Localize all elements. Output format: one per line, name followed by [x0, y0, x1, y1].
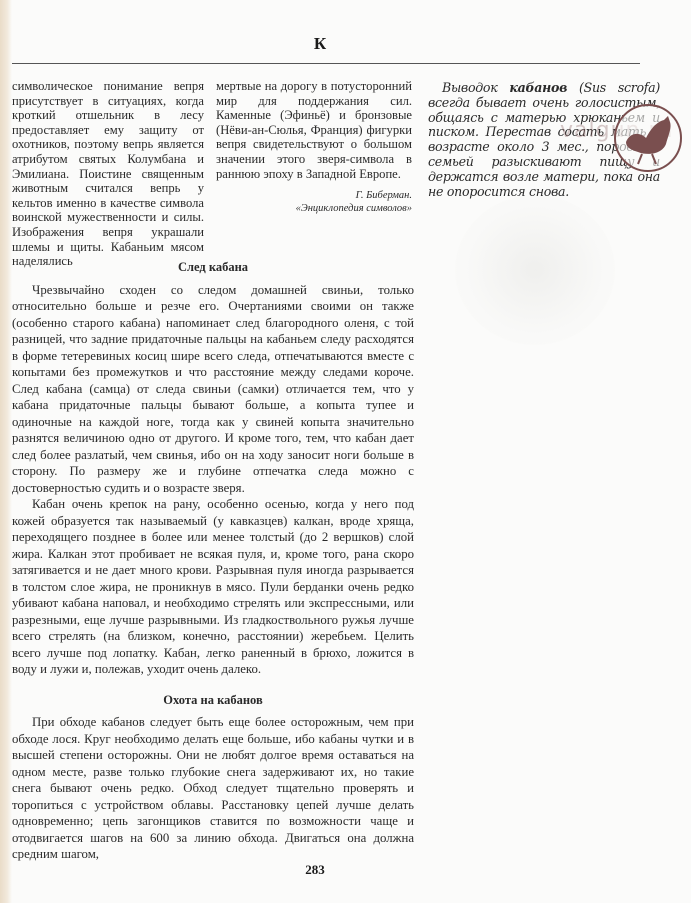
caption-prefix: Выводок — [442, 80, 509, 95]
section-title-hunting: Охота на кабанов — [12, 692, 414, 709]
quote-attribution: Г. Биберман. «Энциклопедия символов» — [216, 189, 412, 215]
bleed-through-illustration — [455, 195, 615, 345]
left-column-text: символическое понимание вепря присутству… — [12, 79, 204, 269]
section-title-track: След кабана — [12, 259, 414, 276]
quote-text: мертвые на дорогу в потусторонний мир дл… — [216, 79, 412, 181]
bird-logo-icon — [612, 102, 684, 174]
left-column: символическое понимание вепря присутству… — [12, 79, 204, 269]
paragraph: Чрезвычайно сходен со следом домашней св… — [12, 282, 414, 497]
main-body: След кабана Чрезвычайно сходен со следом… — [12, 259, 414, 863]
attribution-source: «Энциклопедия символов» — [296, 203, 412, 214]
quote-column: мертвые на дорогу в потусторонний мир дл… — [216, 79, 412, 215]
attribution-author: Г. Биберман. — [356, 190, 412, 201]
paragraph: При обходе кабанов следует быть еще боле… — [12, 714, 414, 863]
page-number: 283 — [300, 862, 330, 878]
header-divider — [12, 63, 640, 64]
page-gutter-shadow — [0, 0, 12, 903]
caption-bold-term: кабанов — [509, 80, 567, 95]
paragraph: Кабан очень крепок на рану, особенно осе… — [12, 496, 414, 678]
running-header-letter: К — [300, 34, 340, 54]
